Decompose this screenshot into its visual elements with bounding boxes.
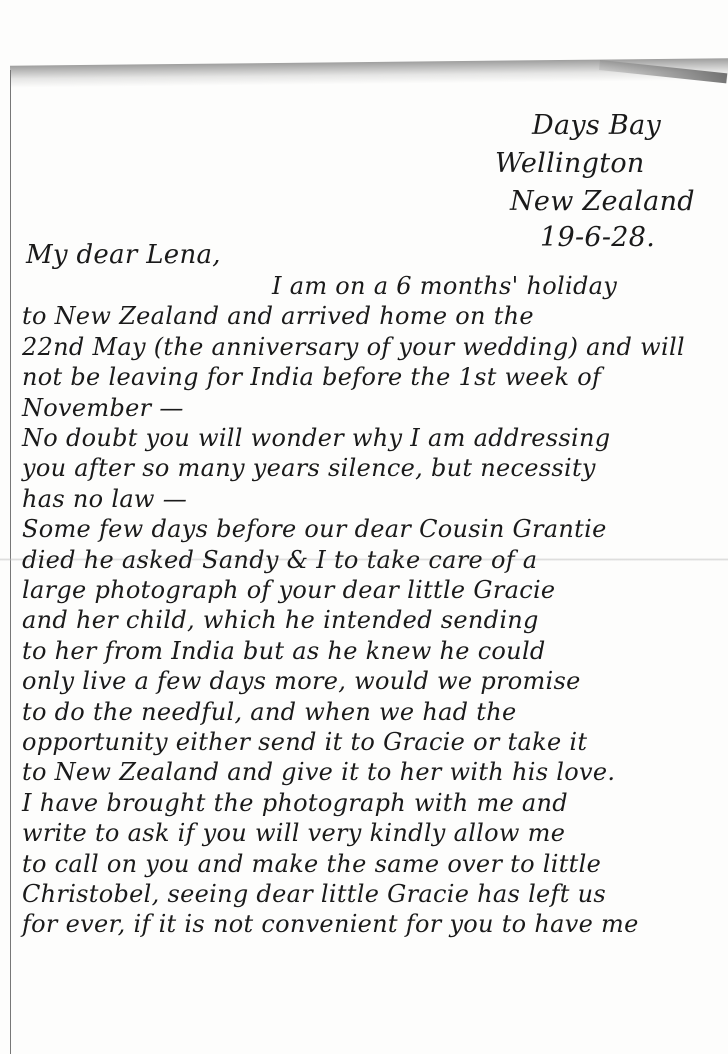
letter-line: has no law — bbox=[22, 485, 187, 513]
address-line-1: Days Bay bbox=[532, 110, 661, 141]
page-left-edge bbox=[10, 70, 11, 1054]
letter-line: and her child, which he intended sending bbox=[22, 606, 539, 634]
letter-line: to her from India but as he knew he coul… bbox=[22, 637, 546, 665]
letter-page: Days Bay Wellington New Zealand 19-6-28.… bbox=[0, 0, 728, 1054]
letter-line: to do the needful, and when we had the bbox=[22, 698, 516, 726]
letter-line: Christobel, seeing dear little Gracie ha… bbox=[22, 880, 606, 908]
letter-line: died he asked Sandy & I to take care of … bbox=[22, 546, 537, 574]
letter-line: write to ask if you will very kindly all… bbox=[22, 819, 565, 847]
letter-line: large photograph of your dear little Gra… bbox=[22, 576, 555, 604]
letter-line: to New Zealand and arrived home on the bbox=[22, 302, 534, 330]
letter-date: 19-6-28. bbox=[540, 222, 655, 253]
letter-line: 22nd May (the anniversary of your weddin… bbox=[22, 333, 685, 361]
letter-line: you after so many years silence, but nec… bbox=[22, 454, 596, 482]
letter-line: I have brought the photograph with me an… bbox=[22, 789, 568, 817]
letter-line: opportunity either send it to Gracie or … bbox=[22, 728, 587, 756]
address-line-2: Wellington bbox=[495, 148, 645, 179]
letter-line: not be leaving for India before the 1st … bbox=[22, 363, 601, 391]
letter-line: November — bbox=[22, 394, 184, 422]
letter-line: No doubt you will wonder why I am addres… bbox=[22, 424, 610, 452]
letter-line: I am on a 6 months' holiday bbox=[272, 272, 617, 300]
address-line-3: New Zealand bbox=[510, 186, 695, 217]
letter-line: to New Zealand and give it to her with h… bbox=[22, 758, 615, 786]
letter-line: Some few days before our dear Cousin Gra… bbox=[22, 515, 607, 543]
letter-line: only live a few days more, would we prom… bbox=[22, 667, 581, 695]
letter-line: for ever, if it is not convenient for yo… bbox=[22, 910, 639, 938]
letter-line: to call on you and make the same over to… bbox=[22, 850, 601, 878]
salutation: My dear Lena, bbox=[26, 240, 221, 270]
